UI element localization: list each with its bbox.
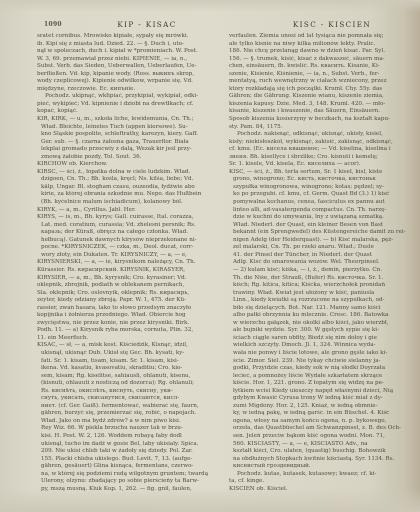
dictionary-entry-headword-line: KIRSC, — ści, ż., łopatka dolna w ciele … — [37, 169, 212, 177]
text-line: wielkich szczyty. Dmoch. Jl. 1, 324. Win… — [229, 342, 410, 350]
text-line: (kisnuti, ohlauuti z nosticzą od dozorca… — [37, 380, 212, 388]
text-line: kisanie, kiszenie i kwaszenie, das Säuer… — [229, 108, 410, 116]
dictionary-page: 1090 KIP - KISAC KISC - KISCIEN sratet c… — [0, 0, 420, 512]
text-line: zwycięstwa, nie przez konie, nie przez k… — [37, 320, 212, 328]
text-line: wała nie ponwy i liście lotowe, ale gron… — [229, 350, 410, 358]
text-line: chen, einsäuern, fb. kwislić. Rs. квасит… — [229, 63, 410, 71]
text-line: dzie w kuchni do umywania, lny z uwiązan… — [229, 214, 410, 222]
text-line: grono, winogrono; Ec. кисть, кисточка, к… — [229, 176, 410, 184]
text-line: zeyter, kiedy odziany zbroją. Papr. W. 1… — [37, 297, 212, 305]
text-line: ky, w iedną pakę, w iedną garść. in ein … — [229, 410, 410, 418]
text-line: 11. ein Meerfisch. — [37, 335, 212, 343]
text-line: Wład. Jako on ma bydź zdrów? a w nim piw… — [37, 418, 212, 426]
text-line: zumi Migdony. Hor. 2, 125. Kniaź, w iedn… — [229, 403, 410, 411]
text-line: sty. Pam. 84, 1175. — [229, 124, 410, 132]
text-line: sen. Jeleń przeciw bąkom kiść ogona wodn… — [229, 433, 410, 441]
text-line: ko po przegubi. cf. kmu, cf. Germ. Quast… — [229, 191, 410, 199]
text-line: 41. der Pinsel der Tüncher, in Niederl. … — [229, 252, 410, 260]
text-line: ogona, włosy na samym końcu ogona, n. p.… — [229, 418, 410, 426]
text-line: Linn., kiedy kwiatki są rozrzucone na sz… — [229, 297, 410, 305]
dictionary-entry-headword-line: KIRCHOW ob. Kierchow. — [37, 161, 212, 169]
text-line: wody czeplicowej). Kipienie odwilkow, wr… — [37, 78, 212, 86]
text-line: rassier, zwan hasara, lako to słowo prze… — [37, 305, 212, 313]
dictionary-entry-headword-line: KISCIEN ob. Kiściel. — [229, 486, 410, 494]
text-line: kiście. Hor. 1, 221. grono. Z łopatym si… — [229, 380, 410, 388]
text-line: na obdłużnych Stopkach kwitnie kiściastą… — [229, 456, 410, 464]
text-line: mentatyą, ruch wewnętrzny w ciałach wzni… — [229, 78, 410, 86]
running-header-left: KIP - KISAC — [92, 20, 202, 29]
text-line: Sla. oklepnik; Cro. oslovnyik, oklepnik;… — [37, 290, 212, 298]
page-number: 1090 — [44, 21, 62, 28]
text-line: sem, kisam; Rg. kiselitse, sahiausli, oh… — [37, 373, 212, 381]
text-line: szypułka winogronowa, winogrono; kotas; … — [229, 184, 410, 192]
dictionary-entry-headword-line: KIR, KIRK, — u, m., szkoła liche, lewide… — [37, 116, 212, 124]
text-line: Gähren; die Gährung. Kiszenie wianu, kis… — [229, 93, 410, 101]
text-line: pomywalna kochanus, cenea, fasciculus ex… — [229, 199, 410, 207]
text-line: каразь; der Küraß, obręcz na całego czło… — [37, 229, 212, 237]
text-line: bekannt (ein Sprengwedel) des Küstengere… — [229, 229, 410, 237]
text-line: gähren, gesäuert) Glina kisnąca, ferment… — [37, 463, 212, 471]
text-line: снуть, укисать, скисанутися, скисаются, … — [37, 395, 212, 403]
text-line: ta, cf. kinge. — [229, 478, 410, 486]
text-line: w wierzchu gałązek, nie okolki albo kiśc… — [229, 320, 410, 328]
text-line: dzigoen, Cn. Th.; Bh. kośla, kręcl; Ns. … — [37, 176, 212, 184]
text-line: pocne. *KIRYSNICZEK, — czka, m., Deol. d… — [37, 244, 212, 252]
text-line: Pochodz. ukipnąć, wkłipiać, przykipiał, … — [37, 93, 212, 101]
text-line: ikena. Vd. kasatiu, kvasovatiu, skraditi… — [37, 365, 212, 373]
text-line: fati. Sr. 1. kisam, tisam, kisam. Sr. 1.… — [37, 358, 212, 366]
text-line: kisły; niekisłoszkół, wykisnąć, zakisić,… — [229, 139, 410, 147]
text-line: albo pałki obrzynnia ku mlecznie. Cresc.… — [229, 312, 410, 320]
text-line: (Bh. kyćelnice malum ischiadicum), kolan… — [37, 199, 212, 207]
text-line: zel malarski, Cn. Th. po rzeki anaru. Wł… — [229, 244, 410, 252]
text-line: linteo alli, ad-vasatergenda compactus. … — [229, 207, 410, 215]
text-line: kiszenia kapusy. Dzie. Med. 3, 148. Krum… — [229, 101, 410, 109]
text-line: 560. KIŚCIASTY, — a, — e, KIŚCIASTO Adv.… — [229, 441, 410, 449]
text-line: Rs. киснѣть, окислѣть, кисну́ть, скисну,… — [37, 388, 212, 396]
dictionary-entry-headword-line: KISAC, — sł, — a, misk kost. Kiściedzik,… — [37, 342, 212, 350]
text-line: ściach ciągle saren obfity, Biedź się ni… — [229, 335, 410, 343]
text-line: — 2) kulam kisć; kiśka, — i, ż., demin, … — [229, 267, 410, 275]
text-line: ukisnął, ukisnąć Dub. Ukisł się Gec. Bh.… — [37, 350, 212, 358]
text-line: cf. kmu. (Ec. кисела квашеное; — Vd. kis… — [229, 146, 410, 154]
text-line: ukisnął, tucho im dadź w gosie Bel, laby… — [37, 441, 212, 449]
text-line: nigen Adelg (der Heiderquast). — b) Kisć… — [229, 237, 410, 245]
text-line: verfaulen. Ziemia unosi od lat tysiąca n… — [229, 33, 410, 41]
text-line: hełbucą). Gatunek dawnych kirysów nieprz… — [37, 237, 212, 245]
text-line: зиеня. Bh. kisellyce i śbrzlike; Cro. ki… — [229, 154, 410, 162]
text-line: godki, Przyidzie czas, kiedy sok w nią s… — [229, 365, 410, 373]
text-line: kopijnika i żołnierza przedniego. Wład. … — [37, 312, 212, 320]
text-line: lecieć, a pomnożey liście Wydałe szkarła… — [229, 373, 410, 381]
text-line: Ger. sub. — §. czarna żałosna gaza, Trau… — [37, 139, 212, 147]
text-line: Subst. Verb. das Sieden, Ueberwallen, Ue… — [37, 63, 212, 71]
dictionary-entry-headword-line: KIRYK, — a, m., Cyrillus. Jabl. Her. — [37, 207, 212, 215]
text-line: ście. Zimor. Siel. 239. Nie tykay chciwi… — [229, 358, 410, 366]
text-line: Podh. 11. — a) Kirysnik ryba morska, cor… — [37, 327, 212, 335]
text-line: kopać, kopiąć. — [37, 108, 212, 116]
text-line: Pochodz. nakisnąć, odkisnąć, ukisnąć, uk… — [229, 131, 410, 139]
text-line: trawiny. Wład. Kwiat jest ułożony w kiść… — [229, 290, 410, 298]
text-line: 155. Placki chleba ukislego. Bud. Levit.… — [37, 456, 212, 464]
text-line: na, w której się podziemi rudą wilgotnym… — [37, 471, 212, 479]
text-line: Ulerony, olzynu: zbadający po sobie pier… — [37, 478, 212, 486]
page-shadow-top — [0, 0, 420, 12]
text-line: Sr. 1. kisele, Vd. kisela, Ec. киселиха … — [229, 161, 410, 169]
text-line: KIRYSNIERSKI, — a, — ie, kirysnikom nale… — [37, 259, 212, 267]
text-line: Pochodz. kutas, kutasek, kutasowy; kwaez… — [229, 471, 410, 479]
running-header-right: KISC - KISCIEN — [262, 20, 402, 29]
text-line: gähren, burzyć się, przemierzać się, rob… — [37, 410, 212, 418]
text-line: Sposob kiszenia kosierzyny w beczkach, n… — [229, 116, 410, 124]
text-line: py, mszą musną. Kluk Kop. 1, 262. — fig.… — [37, 486, 212, 494]
text-line: kisi. H. Post. W. 2, 126. Woddem robayą … — [37, 433, 212, 441]
text-line: ib. Kipi się z miasta lud. Dzied. 22. — … — [37, 41, 212, 49]
text-line: 209. Nie ukisi chleb taki w żadoły się d… — [37, 448, 212, 456]
text-line: pieć, wykipieć; Vd. kipnienie i dziobi n… — [37, 101, 212, 109]
text-line: sratet cornibus. Mrowisko kipiałe, sypał… — [37, 33, 212, 41]
text-line: киснистый гроздевидный. — [229, 463, 410, 471]
text-line: nął w spoleczach, duch i. kipiał w *prom… — [37, 48, 212, 56]
text-line: Adlg. Kisć do smarowania wozów. Wel. The… — [229, 259, 410, 267]
text-line: międzyne, rzeczowie. Ec. кипъніе. — [37, 86, 212, 94]
text-line: kno Śląskie pospolite, schleftrathy, kar… — [37, 131, 212, 139]
text-line: orzeła, das Quastbüschel am Schwanzpinse… — [229, 425, 410, 433]
text-line: 186. Nie chcę przelanąg dawno w dzień ki… — [229, 48, 410, 56]
text-line: gdybym Kwasić Cyrusa trony W iedną kiść … — [229, 395, 410, 403]
text-line: Th. die Niše, der Strauß, (Bufer) Rs. ки… — [229, 275, 410, 283]
text-line: Rey Wiz. 66. W piekla brzuchu nauzer tak… — [37, 425, 212, 433]
text-line: Wład. Niederl. der Quast, ein kleiner Be… — [229, 222, 410, 230]
text-line: kirie, za której obrania szkodnie mu. Ne… — [37, 191, 212, 199]
text-line: ниет. (cf. Ger. Gaiß). fermentować, wabi… — [37, 403, 212, 411]
text-line: Kürassier. Rs. кирасирский. KIRYSNIK, KI… — [37, 267, 212, 275]
text-line: Lat. med. coratium, curassia; Vd. zheles… — [37, 222, 212, 230]
text-line: kształt kiści, Cro. ulaten, (quastig) bu… — [229, 448, 410, 456]
text-line: lekplai gromado przecwiy z dalą, Wezak k… — [37, 146, 212, 154]
text-line: W. 3, 69. przemawiał przez niebi. KIPIEN… — [37, 56, 212, 64]
text-line: biło się dzielących. Bot. Nar. 121. Mann… — [229, 305, 410, 313]
text-line: szenie, Kisienie, Kiśnienie, — ia, n., S… — [229, 71, 410, 79]
text-line: berfließen. Vd. kip, kipanie wody. (Ross… — [37, 71, 212, 79]
text-line: łytkiem wcisi Kiedy uieszczy napęd właśn… — [229, 388, 410, 396]
text-line: zmową żałobie pozdy, Tol. Sout. 36. — [37, 154, 212, 162]
text-line: ale tylko kisnie na niwy kilka milionów … — [229, 41, 410, 49]
text-line: kiśch; Rg. kitica, kitica; Kiścka, wierz… — [229, 282, 410, 290]
text-line: kälp, Ungar. Bl. stogham czasu, ouzeodia… — [37, 184, 212, 192]
text-line: który rozkładają się ich początki. Krumł… — [229, 86, 410, 94]
text-line: Wład. Bleichte, leinetes Tuch (appen kie… — [37, 124, 212, 132]
left-text-column: sratet cornibus. Mrowisko kipiałe, sypał… — [37, 33, 212, 493]
text-line: oklepnik, zbrojnik, podiath w oblekanem … — [37, 282, 212, 290]
dictionary-entry-headword-line: KIRYS, — is, m., Bh. kyrys; Gall. cuiras… — [37, 214, 212, 222]
right-text-column: verfaulen. Ziemia unosi od lat tysiąca n… — [229, 33, 410, 493]
text-line: wory złoty, ein Dukaten. Tr. KIRYSNICZY,… — [37, 252, 212, 260]
text-line: KIRYSIER, — a, m., Bh. kyrysnik; Cro. ky… — [37, 275, 212, 283]
text-line: 156. — §. trumek, kisić, kisać z dakwasz… — [229, 56, 410, 64]
text-line: ale bujniki wydzie. Syr. 300. W gęstych … — [229, 327, 410, 335]
dictionary-entry-headword-line: KISC, — ści, ż., Bh. terla sertum, Sr. 1… — [229, 169, 410, 177]
